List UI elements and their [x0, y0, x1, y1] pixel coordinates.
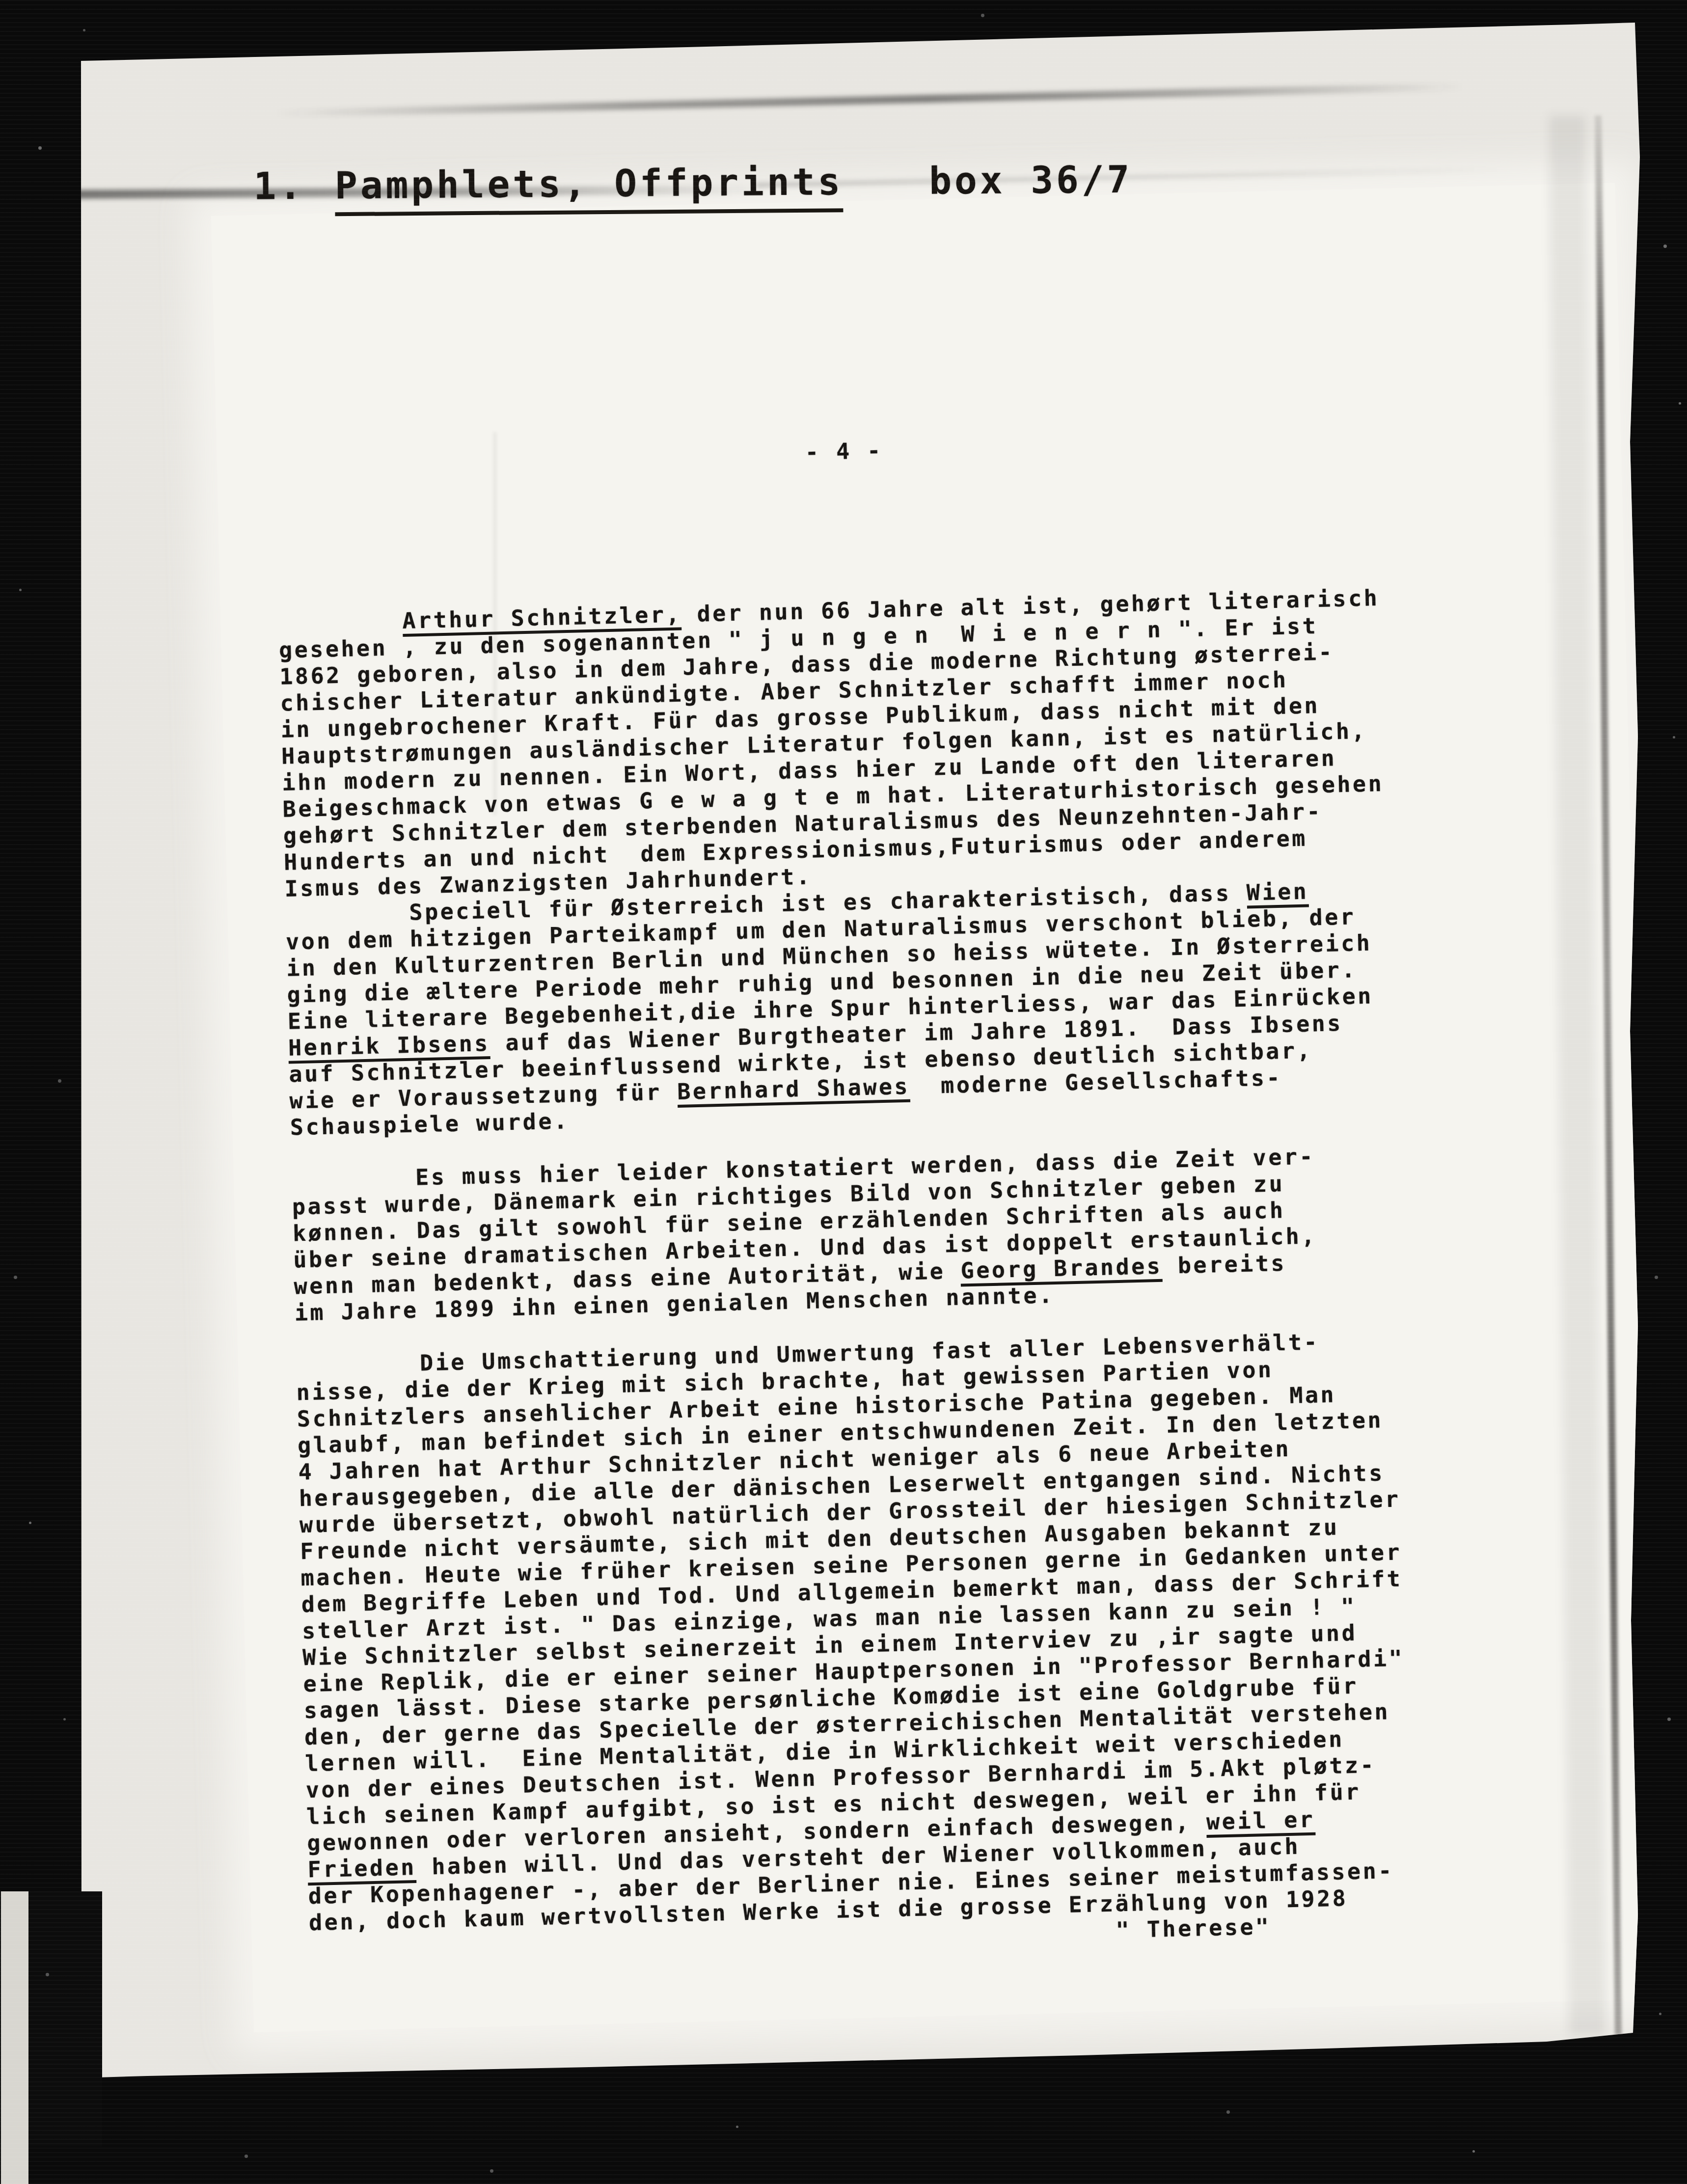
text-segment	[278, 608, 403, 637]
underlined-text: Wien	[1246, 878, 1309, 909]
annotation-box-label: box 36/7	[929, 158, 1133, 203]
underlined-text: Bernhard Shawes	[677, 1073, 910, 1108]
annotation-number: 1.	[253, 164, 304, 208]
crease-smudge-top	[275, 83, 1463, 118]
scanned-document-photo: 1.Pamphlets, Offprintsbox 36/7 - 4 - Art…	[0, 0, 1687, 2184]
text-segment: bereits	[1162, 1250, 1287, 1279]
dust-specks	[0, 0, 1, 1]
document-page: 1.Pamphlets, Offprintsbox 36/7 - 4 - Art…	[0, 0, 1687, 2184]
spacer	[843, 194, 929, 194]
typed-text-block: - 4 - Arthur Schnitzler, der nun 66 Jahr…	[273, 372, 1450, 2016]
annotation-title: Pamphlets, Offprints	[335, 160, 843, 216]
underlined-text: Georg Brandes	[960, 1253, 1163, 1287]
archival-annotation: 1.Pamphlets, Offprintsbox 36/7	[101, 114, 1133, 253]
page-number: - 4 -	[274, 425, 1414, 478]
scan-edge-artifact-black	[28, 1891, 102, 2147]
scan-edge-artifact-white	[1, 1891, 28, 2184]
typed-lines: Arthur Schnitzler, der nun 66 Jahre alt …	[278, 584, 1448, 1963]
